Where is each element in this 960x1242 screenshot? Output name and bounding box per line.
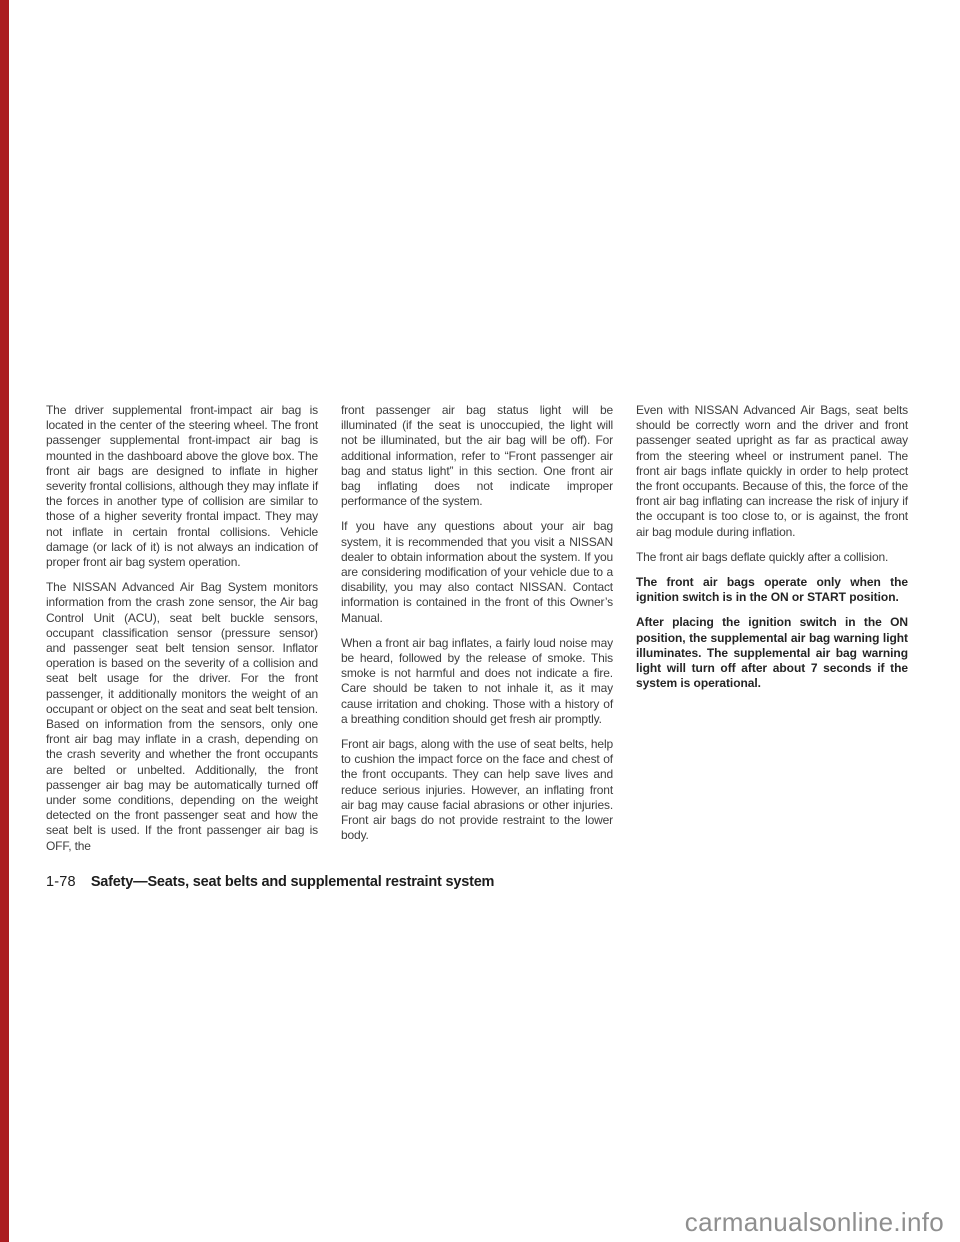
- text-columns: The driver supplemental front-impact air…: [46, 403, 908, 864]
- red-edge-bar: [0, 0, 9, 1242]
- paragraph: front passenger air bag status light wil…: [341, 403, 613, 509]
- paragraph: The driver supplemental front-impact air…: [46, 403, 318, 570]
- paragraph: If you have any questions about your air…: [341, 519, 613, 625]
- paragraph-bold: The front air bags operate only when the…: [636, 575, 908, 605]
- text-column-1: The driver supplemental front-impact air…: [46, 403, 318, 864]
- footer-section-title: Safety—Seats, seat belts and supplementa…: [91, 874, 494, 890]
- paragraph: Front air bags, along with the use of se…: [341, 737, 613, 843]
- paragraph: Even with NISSAN Advanced Air Bags, seat…: [636, 403, 908, 540]
- paragraph-bold: After placing the ignition switch in the…: [636, 615, 908, 691]
- paragraph: When a front air bag inflates, a fairly …: [341, 636, 613, 727]
- page-number: 1-78: [46, 874, 76, 890]
- watermark: carmanualsonline.info: [685, 1207, 944, 1238]
- paragraph: The NISSAN Advanced Air Bag System monit…: [46, 580, 318, 854]
- text-column-3: Even with NISSAN Advanced Air Bags, seat…: [636, 403, 908, 864]
- manual-page: The driver supplemental front-impact air…: [0, 0, 960, 1242]
- text-column-2: front passenger air bag status light wil…: [341, 403, 613, 864]
- paragraph: The front air bags deflate quickly after…: [636, 550, 908, 565]
- page-footer: 1-78 Safety—Seats, seat belts and supple…: [46, 874, 494, 890]
